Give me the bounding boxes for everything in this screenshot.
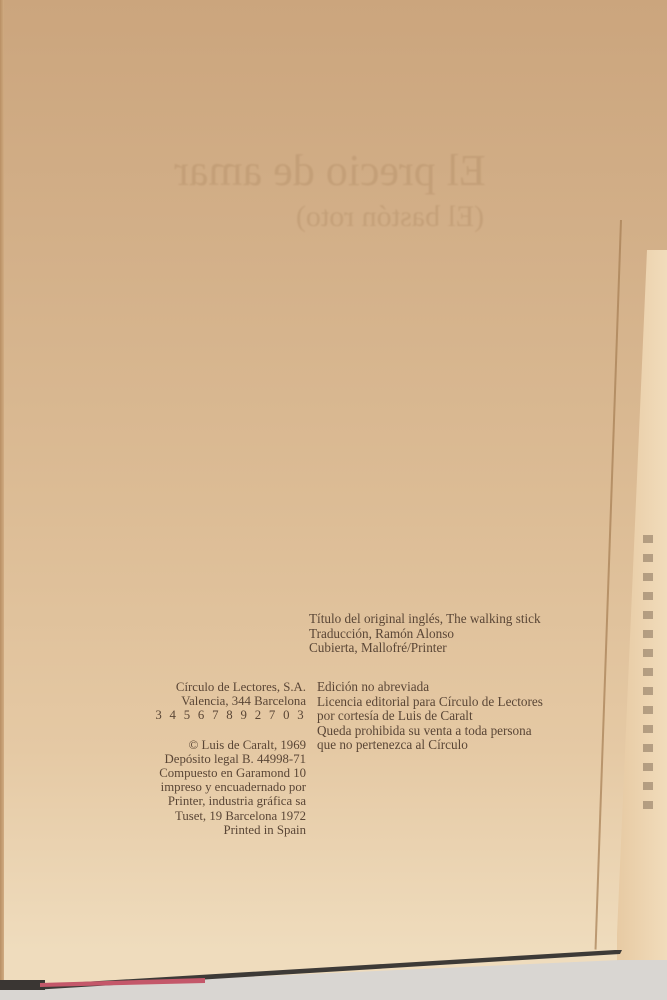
showthrough-title: El precio de amar (El bastón roto) xyxy=(110,145,550,237)
members-only-line: que no pertenezca al Círculo xyxy=(317,738,543,753)
printed-in-line: Printed in Spain xyxy=(100,823,306,837)
book-page: El precio de amar (El bastón roto) Títul… xyxy=(0,0,667,1000)
showthrough-title-text: El precio de amar xyxy=(110,145,550,197)
printer-address-line: Tuset, 19 Barcelona 1972 xyxy=(100,809,306,823)
showthrough-subtitle-text: (El bastón roto) xyxy=(110,197,667,237)
printing-number-line: 3 4 5 6 7 8 9 2 7 0 3 xyxy=(100,708,306,722)
book-cover-edge-left xyxy=(0,980,45,990)
copyright-line: © Luis de Caralt, 1969 xyxy=(100,738,306,752)
typeset-line: Compuesto en Garamond 10 xyxy=(100,766,306,780)
page-fold-shadow xyxy=(595,220,622,950)
sale-prohibited-line: Queda prohibida su venta a toda persona xyxy=(317,724,543,739)
legal-deposit-line: Depósito legal B. 44998-71 xyxy=(100,752,306,766)
credits-block: Título del original inglés, The walking … xyxy=(309,612,541,656)
cover-line: Cubierta, Mallofré/Printer xyxy=(309,641,541,656)
table-background xyxy=(0,960,667,1000)
translation-line: Traducción, Ramón Alonso xyxy=(309,627,541,642)
courtesy-line: por cortesía de Luis de Caralt xyxy=(317,709,543,724)
imprint-block: Círculo de Lectores, S.A. Valencia, 344 … xyxy=(100,680,306,837)
printed-bound-line: impreso y encuadernado por xyxy=(100,780,306,794)
unabridged-line: Edición no abreviada xyxy=(317,680,543,695)
license-line: Licencia editorial para Círculo de Lecto… xyxy=(317,695,543,710)
page-left-edge xyxy=(0,0,4,990)
printer-line: Printer, industria gráfica sa xyxy=(100,794,306,808)
publisher-address: Valencia, 344 Barcelona xyxy=(100,694,306,708)
facing-page-text-lines xyxy=(643,535,667,820)
license-block: Edición no abreviada Licencia editorial … xyxy=(317,680,543,753)
publisher-name: Círculo de Lectores, S.A. xyxy=(100,680,306,694)
original-title-line: Título del original inglés, The walking … xyxy=(309,612,541,627)
